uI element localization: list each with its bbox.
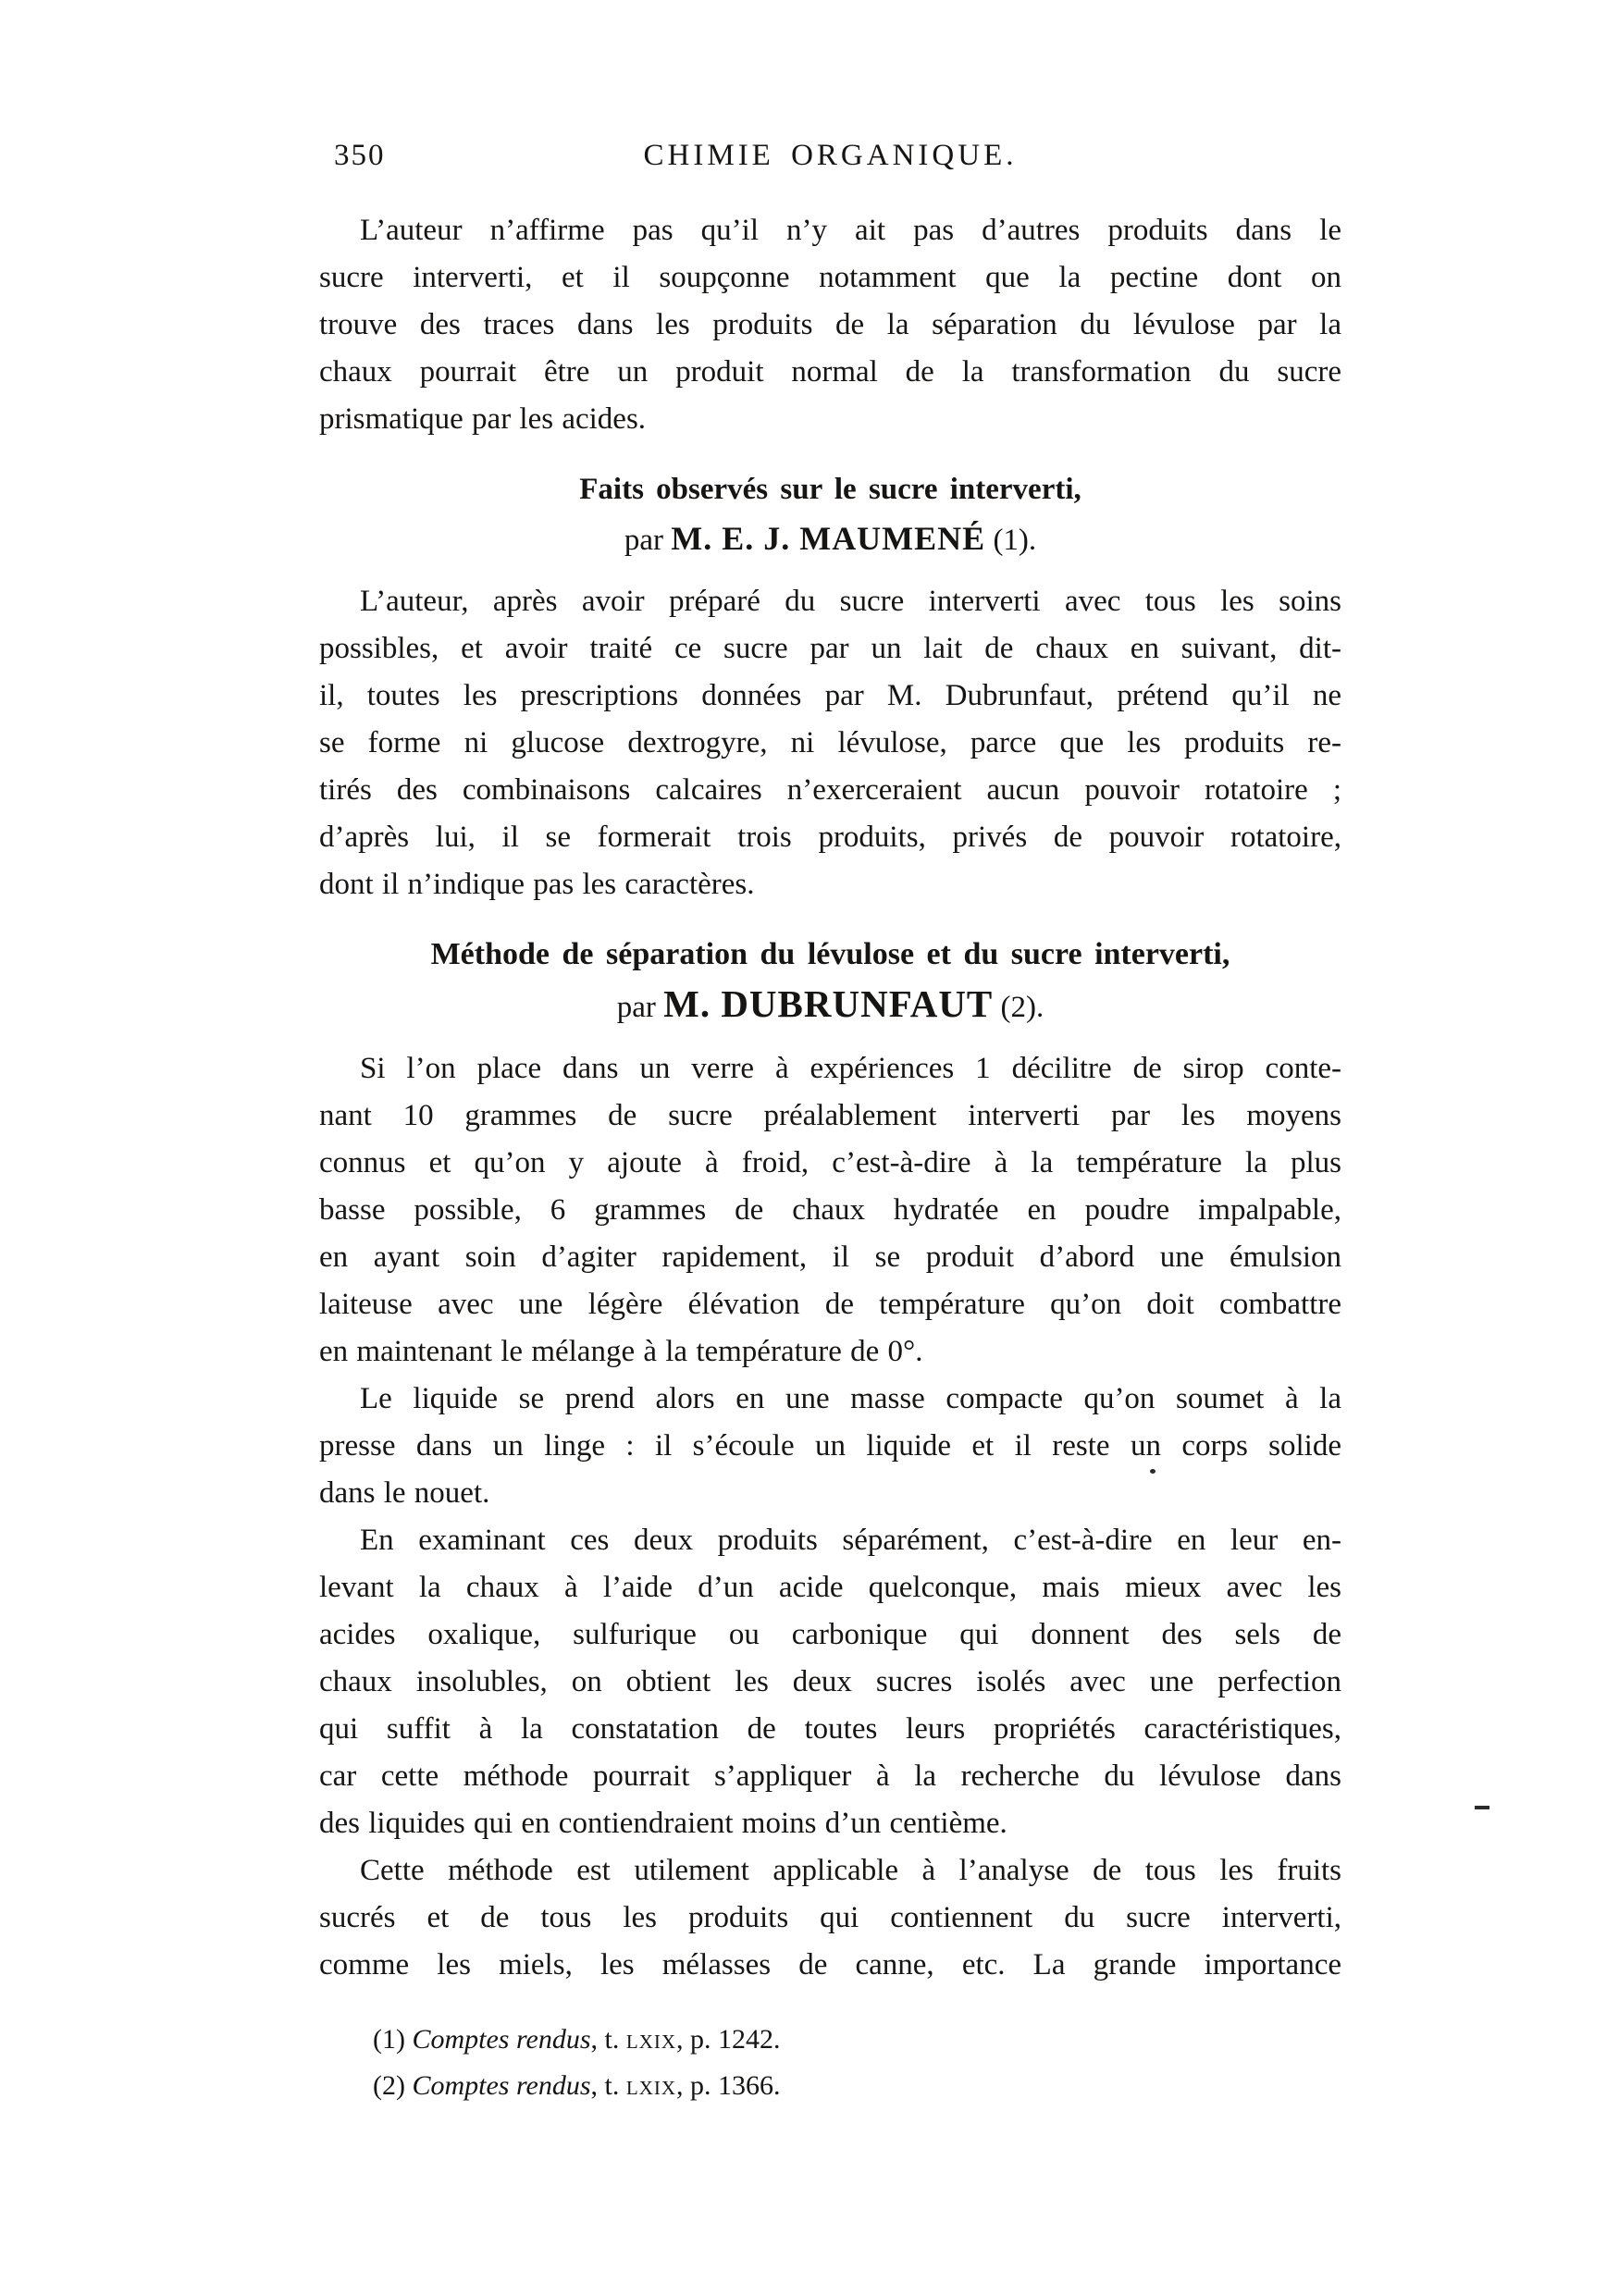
book-page: 350 CHIMIE ORGANIQUE. L’auteur n’affirme…: [0, 0, 1619, 2296]
text-line: connus et qu’on y ajoute à froid, c’est-…: [319, 1140, 1341, 1187]
text-line: prismatique par les acides.: [319, 396, 1341, 443]
paragraph-intro: L’auteur n’affirme pas qu’il n’y ait pas…: [319, 207, 1341, 443]
footnote-1: (1) Comptes rendus, t. lxix, p. 1242.: [319, 2017, 1341, 2063]
footnote-volume: lxix: [626, 2070, 676, 2101]
text-line: car cette méthode pourrait s’appliquer à…: [319, 1753, 1341, 1800]
footnote-separator: , t.: [591, 2024, 626, 2055]
paragraph-method-3: En examinant ces deux produits séparémen…: [319, 1517, 1341, 1847]
text-line: dont il n’indique pas les caractères.: [319, 861, 1341, 908]
text-line: sucre interverti, et il soupçonne notamm…: [319, 254, 1341, 302]
page-number: 350: [334, 139, 386, 173]
footnote-reference: (2).: [993, 991, 1044, 1024]
text-line: L’auteur n’affirme pas qu’il n’y ait pas…: [319, 207, 1341, 254]
text-line: nant 10 grammes de sucre préalablement i…: [319, 1092, 1341, 1140]
scan-speck-icon: [1150, 1469, 1156, 1474]
article-heading-maumene: Faits observés sur le sucre interverti, …: [319, 465, 1341, 565]
article-byline: par M. E. J. MAUMENÉ (1).: [319, 513, 1341, 565]
text-line: comme les miels, les mélasses de canne, …: [319, 1942, 1341, 1989]
article-heading-dubrunfaut: Méthode de séparation du lévulose et du …: [319, 931, 1341, 1032]
article-byline: par M. DUBRUNFAUT (2).: [319, 979, 1341, 1032]
byline-prefix: par: [617, 991, 663, 1024]
running-title: CHIMIE ORGANIQUE.: [319, 139, 1341, 173]
text-line: il, toutes les prescriptions données par…: [319, 673, 1341, 720]
text-line: qui suffit à la constatation de toutes l…: [319, 1706, 1341, 1753]
text-line: possibles, et avoir traité ce sucre par …: [319, 625, 1341, 673]
text-line: chaux pourrait être un produit normal de…: [319, 349, 1341, 396]
text-line: levant la chaux à l’aide d’un acide quel…: [319, 1564, 1341, 1611]
byline-prefix: par: [624, 524, 671, 557]
scan-dash-icon: [1475, 1806, 1489, 1809]
paragraph-method-2: Le liquide se prend alors en une masse c…: [319, 1376, 1341, 1517]
footnote-separator: , t.: [591, 2070, 626, 2101]
footnote-work-title: Comptes rendus: [412, 2070, 590, 2101]
footnote-volume: lxix: [626, 2024, 676, 2055]
text-line: En examinant ces deux produits séparémen…: [319, 1517, 1341, 1564]
author-name: M. E. J. MAUMENÉ: [671, 520, 985, 557]
footnote-marker: (2): [373, 2070, 412, 2101]
text-line: trouve des traces dans les produits de l…: [319, 302, 1341, 349]
text-line: dans le nouet.: [319, 1470, 1341, 1517]
text-line: en ayant soin d’agiter rapidement, il se…: [319, 1234, 1341, 1281]
text-line: Cette méthode est utilement applicable à…: [319, 1847, 1341, 1895]
text-line: sucrés et de tous les produits qui conti…: [319, 1895, 1341, 1942]
footnote-pages: , p. 1366.: [676, 2070, 781, 2101]
text-line: presse dans un linge : il s’écoule un li…: [319, 1423, 1341, 1470]
article-title: Méthode de séparation du lévulose et du …: [319, 931, 1341, 979]
text-line: L’auteur, après avoir préparé du sucre i…: [319, 578, 1341, 625]
text-line: Si l’on place dans un verre à expérience…: [319, 1045, 1341, 1092]
footnote-2: (2) Comptes rendus, t. lxix, p. 1366.: [319, 2063, 1341, 2109]
article-title: Faits observés sur le sucre interverti,: [319, 465, 1341, 513]
text-line: en maintenant le mélange à la températur…: [319, 1328, 1341, 1376]
paragraph-method-1: Si l’on place dans un verre à expérience…: [319, 1045, 1341, 1376]
text-line: chaux insolubles, on obtient les deux su…: [319, 1659, 1341, 1706]
text-line: se forme ni glucose dextrogyre, ni lévul…: [319, 720, 1341, 767]
footnotes-block: (1) Comptes rendus, t. lxix, p. 1242. (2…: [319, 2017, 1341, 2109]
footnote-work-title: Comptes rendus: [412, 2024, 590, 2055]
text-line: acides oxalique, sulfurique ou carboniqu…: [319, 1611, 1341, 1659]
paragraph-maumene: L’auteur, après avoir préparé du sucre i…: [319, 578, 1341, 908]
text-line: d’après lui, il se formerait trois produ…: [319, 814, 1341, 861]
footnote-marker: (1): [373, 2024, 412, 2055]
author-name: M. DUBRUNFAUT: [663, 982, 993, 1025]
text-line: Le liquide se prend alors en une masse c…: [319, 1376, 1341, 1423]
text-line: basse possible, 6 grammes de chaux hydra…: [319, 1187, 1341, 1234]
paragraph-method-4: Cette méthode est utilement applicable à…: [319, 1847, 1341, 1989]
page-header: 350 CHIMIE ORGANIQUE.: [319, 139, 1341, 179]
text-line: laiteuse avec une légère élévation de te…: [319, 1281, 1341, 1328]
footnote-pages: , p. 1242.: [676, 2024, 781, 2055]
text-line: tirés des combinaisons calcaires n’exerc…: [319, 767, 1341, 814]
footnote-reference: (1).: [985, 524, 1036, 557]
text-column: 350 CHIMIE ORGANIQUE. L’auteur n’affirme…: [319, 0, 1341, 2109]
text-line: des liquides qui en contiendraient moins…: [319, 1800, 1341, 1847]
